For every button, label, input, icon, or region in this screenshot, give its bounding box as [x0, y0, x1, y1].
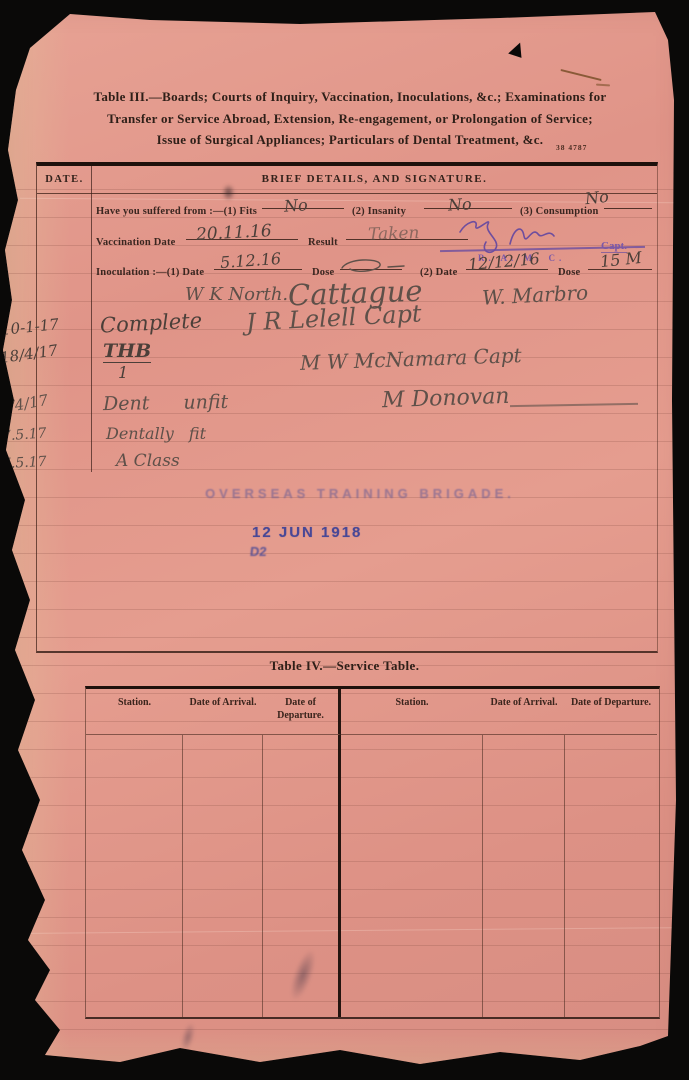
entry4-details: Dentally fit [106, 424, 206, 443]
question-lead-label: Have you suffered from :—(1) Fits [96, 206, 257, 217]
entry0-details: W K North. [185, 284, 288, 305]
dose1-scrawl [338, 256, 416, 276]
table4-header-station-1: Station. [86, 689, 183, 735]
table4-header-departure-2: Date of Departure. [565, 689, 657, 735]
table4-body-cell [483, 735, 565, 1017]
photo-backdrop: Table III.—Boards; Courts of Inquiry, Va… [0, 0, 689, 1080]
inoculation-label2: (2) Date [420, 267, 457, 278]
form-heading: Table III.—Boards; Courts of Inquiry, Va… [55, 86, 645, 151]
document-paper: Table III.—Boards; Courts of Inquiry, Va… [0, 0, 689, 1080]
ink-blot [222, 184, 235, 201]
fits-answer: No [283, 195, 308, 216]
dose2-label: Dose [558, 267, 580, 278]
paper-hole [508, 40, 526, 58]
entry2-denominator: 1 [118, 363, 128, 382]
table4-body-cell [565, 735, 657, 1017]
table4-title: Table IV.—Service Table. [0, 658, 689, 674]
table4-body-cell [183, 735, 263, 1017]
date-received-stamp: 12 JUN 1918 [252, 524, 362, 541]
insanity-label: (2) Insanity [352, 206, 406, 217]
table4-body-cell [86, 735, 183, 1017]
table3-col-details: BRIEF DETAILS, AND SIGNATURE. [92, 166, 657, 193]
table4-header-station-2: Station. [341, 689, 483, 735]
table4-header-arrival-2: Date of Arrival. [483, 689, 565, 735]
consumption-answer: No [584, 187, 609, 208]
table4-body-cell [341, 735, 483, 1017]
entry5-details: A Class [116, 451, 180, 471]
table3-header-row: DATE. BRIEF DETAILS, AND SIGNATURE. [37, 166, 657, 194]
table4-header-arrival-1: Date of Arrival. [183, 689, 263, 735]
inoculation-label: Inoculation :—(1) Date [96, 267, 204, 278]
form-heading-line1: Table III.—Boards; Courts of Inquiry, Va… [55, 86, 645, 108]
form-number: 38 4787 [556, 143, 587, 152]
table4-header-departure-1: Date of Departure. [263, 689, 341, 735]
entry4-date: 7.5.17 [1, 425, 47, 444]
form-heading-line2: Transfer or Service Abroad, Extension, R… [55, 108, 645, 130]
vaccination-date-value: 20.11.16 [196, 221, 273, 245]
entry3-details: Dent unfit [103, 391, 229, 415]
result-label: Result [308, 237, 338, 248]
vaccination-date-label: Vaccination Date [96, 237, 176, 248]
insanity-answer: No [448, 194, 473, 214]
entry2-details: THB [103, 340, 151, 363]
table4-service-table: Station. Date of Arrival. Date of Depart… [85, 686, 660, 1019]
scratch-mark [560, 69, 601, 81]
stamp-code: D2 [249, 544, 267, 559]
overseas-training-brigade-stamp: OVERSEAS TRAINING BRIGADE. [150, 486, 570, 501]
consumption-answer-line [604, 194, 652, 209]
table3-date-column-divider [91, 166, 92, 472]
result-value: Taken [368, 223, 420, 245]
table3-col-date: DATE. [37, 166, 92, 193]
entry3-signature: M Donovan [382, 384, 510, 413]
entry5-date: 7.5.17 [2, 454, 47, 472]
